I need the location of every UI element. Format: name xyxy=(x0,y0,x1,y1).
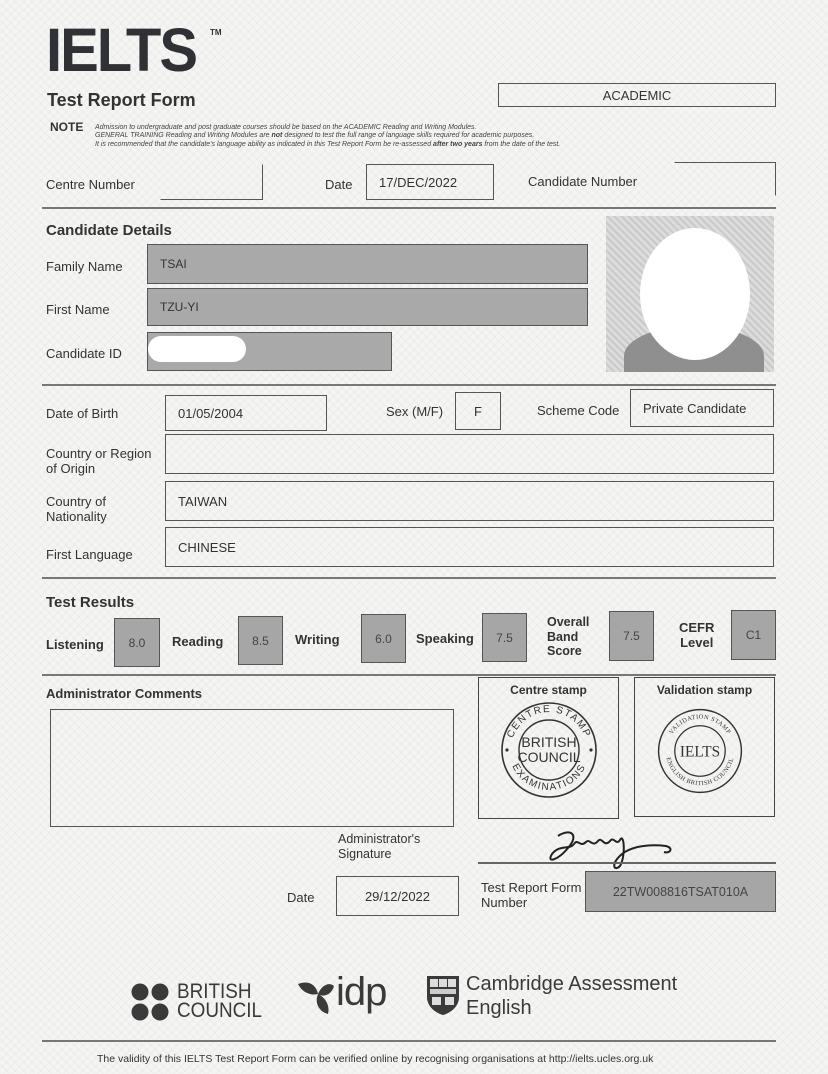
overall-label-line-3: Score xyxy=(547,644,589,659)
listening-label: Listening xyxy=(46,637,104,652)
first-name-field: TZU-YI xyxy=(147,288,588,326)
candidate-number-label: Candidate Number xyxy=(528,174,637,189)
country-origin-label-line-2: of Origin xyxy=(46,461,152,476)
candidate-id-label: Candidate ID xyxy=(46,346,122,361)
cefr-label-line-1: CEFR xyxy=(679,621,714,636)
cambridge-line-2: English xyxy=(466,996,677,1020)
idp-wordmark: idp xyxy=(336,970,386,1015)
validation-stamp-box: Validation stamp VALIDATION STAMP ENGLIS… xyxy=(634,677,775,817)
note-label: NOTE xyxy=(50,120,83,134)
first-name-value: TZU-YI xyxy=(160,300,199,314)
speaking-value: 7.5 xyxy=(496,631,513,645)
nationality-value: TAIWAN xyxy=(178,494,227,509)
date-field: 17/DEC/2022 xyxy=(366,164,494,200)
divider xyxy=(42,577,776,579)
note-line-2: GENERAL TRAINING Reading and Writing Mod… xyxy=(95,132,560,140)
note-line-2-post: designed to test the full range of langu… xyxy=(282,132,534,139)
centre-stamp-center-line-1: BRITISH xyxy=(521,734,576,750)
test-results-heading: Test Results xyxy=(46,594,134,611)
module-value: ACADEMIC xyxy=(603,88,672,103)
trf-number-label-line-2: Number xyxy=(481,895,581,910)
date-value: 17/DEC/2022 xyxy=(379,175,457,190)
note-line-3: It is recommended that the candidate's l… xyxy=(95,141,560,149)
signature-line xyxy=(478,862,776,864)
first-language-field: CHINESE xyxy=(165,527,774,567)
admin-signature-label: Administrator's Signature xyxy=(338,832,420,862)
overall-score: 7.5 xyxy=(609,611,654,661)
speaking-label: Speaking xyxy=(416,631,474,646)
centre-stamp-center-line-2: COUNCIL xyxy=(517,749,580,765)
note-line-2-bold: not xyxy=(272,132,283,139)
family-name-field: TSAI xyxy=(147,244,588,284)
module-field: ACADEMIC xyxy=(498,83,776,107)
nationality-field: TAIWAN xyxy=(165,481,774,521)
cambridge-shield-icon xyxy=(426,975,460,1015)
first-language-label: First Language xyxy=(46,547,133,562)
british-council-wordmark: BRITISH COUNCIL xyxy=(177,982,262,1020)
dob-field: 01/05/2004 xyxy=(165,395,327,431)
validation-stamp-ring-bottom: ENGLISH BRITISH COUNCIL xyxy=(665,757,736,787)
overall-value: 7.5 xyxy=(623,629,640,643)
overall-label-line-1: Overall xyxy=(547,615,589,630)
dob-value: 01/05/2004 xyxy=(178,406,243,421)
candidate-photo xyxy=(606,216,774,372)
cambridge-wordmark: Cambridge Assessment English xyxy=(466,972,677,1020)
form-title: Test Report Form xyxy=(47,90,196,111)
sex-label: Sex (M/F) xyxy=(386,404,443,419)
nationality-label-line-1: Country of xyxy=(46,494,107,509)
listening-value: 8.0 xyxy=(129,636,146,650)
centre-number-field xyxy=(160,164,263,200)
scheme-code-field: Private Candidate xyxy=(630,389,774,427)
country-origin-field xyxy=(165,434,774,474)
admin-comments-label: Administrator Comments xyxy=(46,686,202,701)
reading-score: 8.5 xyxy=(238,616,283,665)
cefr-label: CEFR Level xyxy=(679,621,714,650)
writing-score: 6.0 xyxy=(361,614,406,663)
cefr-score: C1 xyxy=(731,610,776,660)
test-report-form-page: IELTS TM Test Report Form ACADEMIC NOTE … xyxy=(0,0,828,1074)
ielts-logo: IELTS xyxy=(46,21,196,82)
british-council-logo: BRITISH COUNCIL xyxy=(130,983,172,1026)
validation-stamp-label: Validation stamp xyxy=(635,683,774,697)
note-text: Admission to undergraduate and post grad… xyxy=(95,124,560,149)
trf-number-field: 22TW008816TSAT010A xyxy=(585,871,776,912)
writing-value: 6.0 xyxy=(375,632,392,646)
admin-signature-label-line-1: Administrator's xyxy=(338,832,420,847)
sex-value: F xyxy=(474,404,482,419)
cefr-label-line-2: Level xyxy=(679,636,714,651)
nationality-label: Country of Nationality xyxy=(46,494,107,524)
first-name-label: First Name xyxy=(46,302,110,317)
admin-date-field: 29/12/2022 xyxy=(336,876,459,916)
dob-label: Date of Birth xyxy=(46,406,118,421)
british-council-line-2: COUNCIL xyxy=(177,1001,262,1020)
admin-date-value: 29/12/2022 xyxy=(365,889,430,904)
photo-face-redaction xyxy=(640,228,750,360)
centre-stamp-label: Centre stamp xyxy=(479,683,618,697)
british-council-dots-icon xyxy=(130,983,172,1021)
speaking-score: 7.5 xyxy=(482,613,527,662)
scheme-code-label: Scheme Code xyxy=(537,403,619,418)
centre-stamp-box: Centre stamp CENTRE STAMP EXAMINATIONS B… xyxy=(478,677,619,819)
divider xyxy=(42,1040,776,1042)
signature-icon xyxy=(540,826,680,874)
cefr-value: C1 xyxy=(746,628,761,642)
country-origin-label: Country or Region of Origin xyxy=(46,446,152,476)
family-name-label: Family Name xyxy=(46,259,123,274)
scheme-code-value: Private Candidate xyxy=(643,401,746,416)
candidate-number-field xyxy=(674,162,776,196)
trf-number-value: 22TW008816TSAT010A xyxy=(613,885,748,899)
candidate-details-heading: Candidate Details xyxy=(46,222,172,239)
date-label: Date xyxy=(325,177,352,192)
reading-label: Reading xyxy=(172,634,223,649)
trf-number-label: Test Report Form Number xyxy=(481,880,581,910)
family-name-value: TSAI xyxy=(160,257,187,271)
reading-value: 8.5 xyxy=(252,634,269,648)
idp-leaf-icon xyxy=(296,976,336,1016)
overall-label-line-2: Band xyxy=(547,630,589,645)
note-line-1: Admission to undergraduate and post grad… xyxy=(95,124,560,132)
note-line-3-post: from the date of the test. xyxy=(482,141,560,148)
divider xyxy=(42,207,776,209)
country-origin-label-line-1: Country or Region xyxy=(46,446,152,461)
centre-stamp-icon: CENTRE STAMP EXAMINATIONS BRITISH COUNCI… xyxy=(499,700,599,800)
divider xyxy=(42,384,776,386)
nationality-label-line-2: Nationality xyxy=(46,509,107,524)
first-language-value: CHINESE xyxy=(178,540,236,555)
trademark-symbol: TM xyxy=(210,28,222,37)
cambridge-logo: Cambridge Assessment English xyxy=(426,975,460,1020)
listening-score: 8.0 xyxy=(114,618,160,667)
idp-logo: idp xyxy=(296,976,336,1021)
admin-comments-field xyxy=(50,709,454,827)
candidate-id-redaction xyxy=(148,336,246,362)
svg-text:ENGLISH BRITISH COUNCIL: ENGLISH BRITISH COUNCIL xyxy=(665,757,736,787)
note-line-3-bold: after two years xyxy=(433,141,482,148)
centre-number-label: Centre Number xyxy=(46,177,135,192)
validity-notice: The validity of this IELTS Test Report F… xyxy=(97,1053,653,1065)
cambridge-line-1: Cambridge Assessment xyxy=(466,972,677,996)
sex-field: F xyxy=(455,392,501,430)
admin-date-label: Date xyxy=(287,890,314,905)
note-line-2-pre: GENERAL TRAINING Reading and Writing Mod… xyxy=(95,132,272,139)
validation-stamp-center: IELTS xyxy=(680,743,720,760)
validation-stamp-icon: VALIDATION STAMP ENGLISH BRITISH COUNCIL… xyxy=(655,706,745,796)
divider xyxy=(42,674,776,676)
admin-signature-label-line-2: Signature xyxy=(338,847,420,862)
overall-label: Overall Band Score xyxy=(547,615,589,659)
writing-label: Writing xyxy=(295,632,340,647)
note-line-3-pre: It is recommended that the candidate's l… xyxy=(95,141,433,148)
trf-number-label-line-1: Test Report Form xyxy=(481,880,581,895)
